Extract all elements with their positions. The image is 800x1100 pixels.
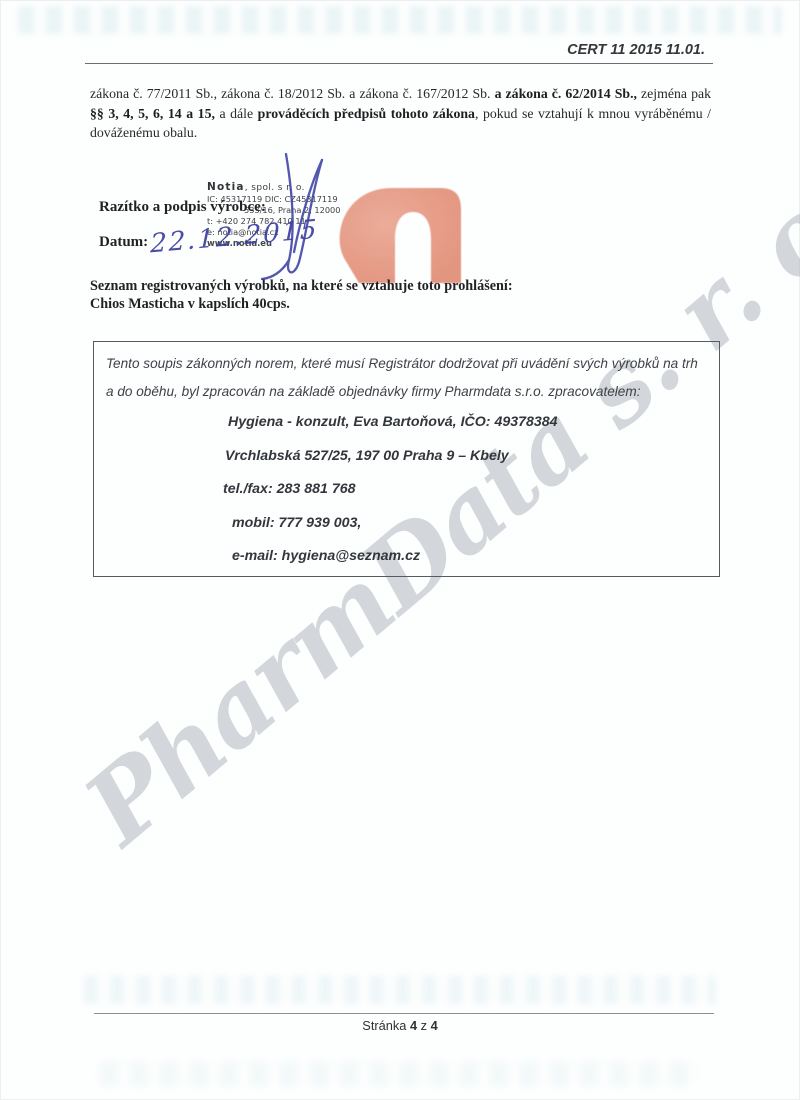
bleedthrough-strip-lower [100,1062,700,1086]
processor-name-line: Hygiena - konzult, Eva Bartoňová, IČO: 4… [228,415,707,429]
stamp-signature-label: Razítko a podpis výrobce: [99,199,266,216]
processor-email-line: e-mail: hygiena@seznam.cz [232,549,707,563]
legal-text-segment: zejména pak [637,86,711,101]
processor-mobile-line: mobil: 777 939 003, [232,516,707,530]
registered-products-heading: Seznam registrovaných výrobků, na které … [90,278,513,295]
footer-page-number: 4 [410,1018,417,1033]
processor-contact-lines: Hygiena - konzult, Eva Bartoňová, IČO: 4… [106,415,707,563]
legal-text-segment: a dále [215,106,258,121]
legal-text-bold: §§ 3, 4, 5, 6, 14 a 15, [90,106,215,121]
legal-paragraph: zákona č. 77/2011 Sb., zákona č. 18/2012… [90,84,711,143]
footer-rule [94,1013,714,1014]
product-name: Chios Masticha v kapslích 40cps. [90,296,290,313]
bleedthrough-strip-bottom [84,976,716,1004]
scanned-document-page: PharmData s. r. o. CERT 11 2015 11.01. z… [0,0,800,1100]
legal-text-segment: zákona č. 77/2011 Sb., zákona č. 18/2012… [90,86,495,101]
notia-stamp-logo-icon [339,186,463,283]
document-code: CERT 11 2015 11.01. [567,42,705,58]
header-rule [85,63,713,64]
footer-page-total: 4 [431,1018,438,1033]
legal-text-bold: prováděcích předpisů tohoto zákona [258,106,475,121]
processor-info-box: Tento soupis zákonných norem, které musí… [93,341,720,577]
legal-text-bold: a zákona č. 62/2014 Sb., [495,86,637,101]
footer-word: Stránka [362,1018,410,1033]
stamp-company-name-bold: Notia [207,181,245,193]
date-label: Datum: [99,234,148,251]
footer-separator: z [417,1018,431,1033]
processor-address-line: Vrchlabská 527/25, 197 00 Praha 9 – Kbel… [225,449,707,463]
handwritten-signature [252,152,334,280]
page-number-footer: Stránka 4 z 4 [0,1018,800,1033]
processor-intro-text: Tento soupis zákonných norem, které musí… [106,350,707,405]
processor-telfax-line: tel./fax: 283 881 768 [223,482,707,496]
bleedthrough-strip-top [18,6,782,34]
